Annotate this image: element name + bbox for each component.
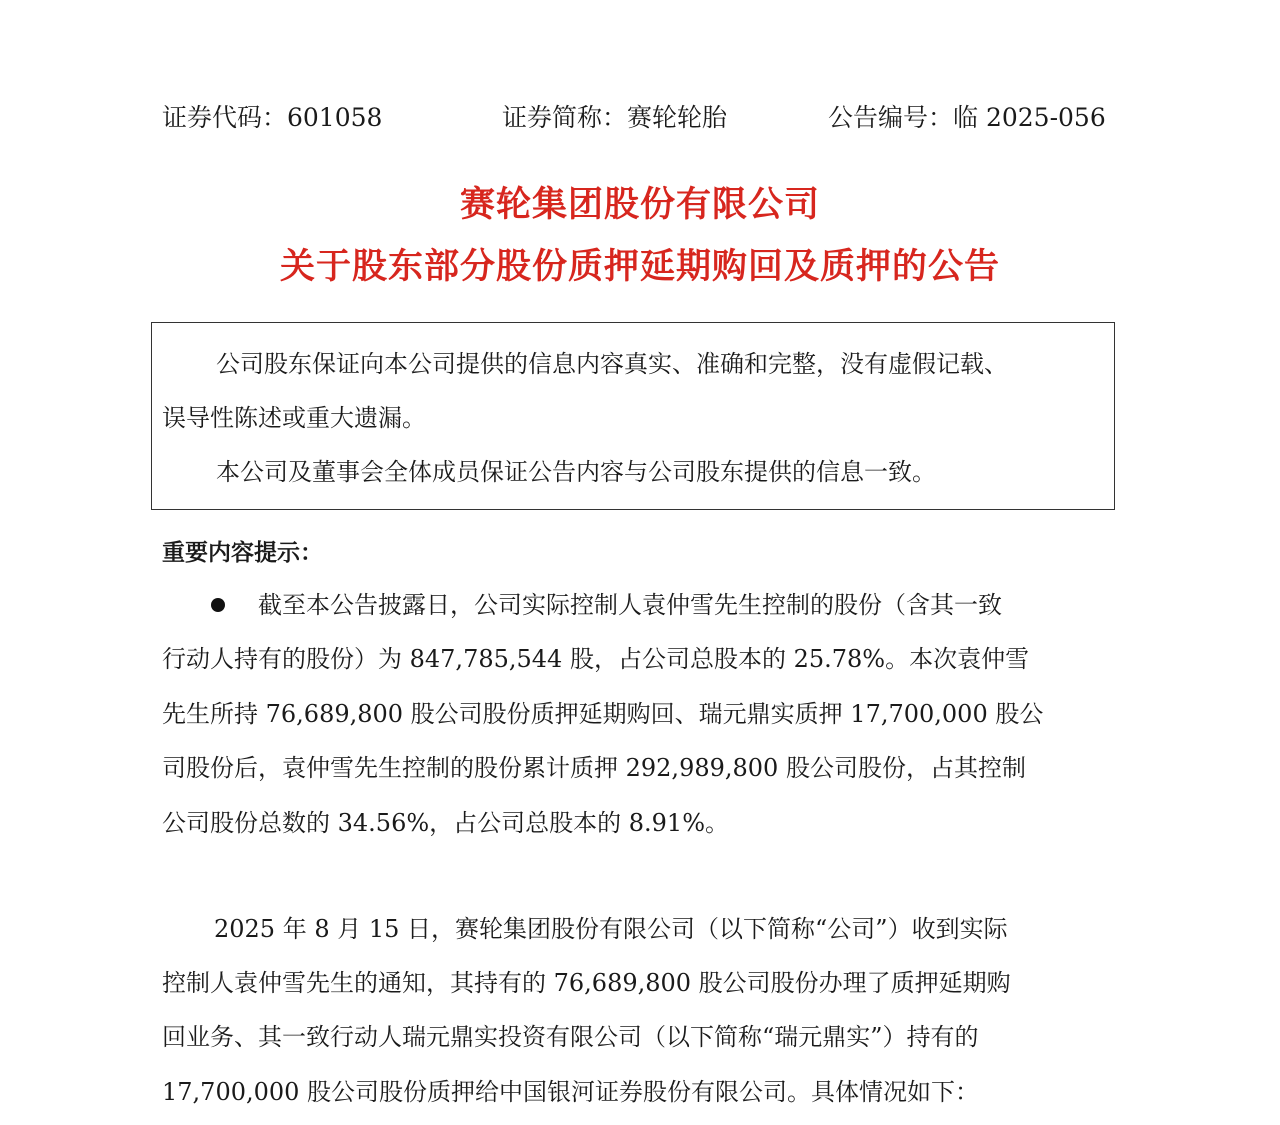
- paragraph-line: 2025 年 8 月 15 日，赛轮集团股份有限公司（以下简称“公司”）收到实际: [214, 912, 1008, 946]
- bullet-line: 行动人持有的股份）为 847,785,544 股，占公司总股本的 25.78%。…: [162, 642, 1029, 676]
- bullet-line: 截至本公告披露日，公司实际控制人袁仲雪先生控制的股份（含其一致: [258, 588, 1002, 622]
- bullet-line: 先生所持 76,689,800 股公司股份质押延期购回、瑞元鼎实质押 17,70…: [162, 697, 1043, 731]
- security-name: 证券简称：赛轮轮胎: [502, 100, 727, 136]
- document-header: 证券代码：601058 证券简称：赛轮轮胎 公告编号：临 2025-056: [162, 100, 1122, 136]
- security-code: 证券代码：601058: [162, 100, 382, 136]
- disclaimer-line: 误导性陈述或重大遗漏。: [162, 401, 426, 435]
- disclaimer-line: 本公司及董事会全体成员保证公告内容与公司股东提供的信息一致。: [216, 455, 936, 489]
- paragraph-line: 控制人袁仲雪先生的通知，其持有的 76,689,800 股公司股份办理了质押延期…: [162, 966, 1011, 1000]
- disclaimer-line: 公司股东保证向本公司提供的信息内容真实、准确和完整，没有虚假记载、: [216, 347, 1008, 381]
- company-title: 赛轮集团股份有限公司: [0, 180, 1280, 230]
- announcement-title: 关于股东部分股份质押延期购回及质押的公告: [0, 242, 1280, 292]
- announcement-number: 公告编号：临 2025-056: [828, 100, 1106, 136]
- important-notes-heading: 重要内容提示：: [162, 536, 323, 570]
- paragraph-line: 回业务、其一致行动人瑞元鼎实投资有限公司（以下简称“瑞元鼎实”）持有的: [162, 1020, 979, 1054]
- bullet-line: 公司股份总数的 34.56%，占公司总股本的 8.91%。: [162, 806, 729, 840]
- bullet-line: 司股份后，袁仲雪先生控制的股份累计质押 292,989,800 股公司股份，占其…: [162, 751, 1026, 785]
- bullet-icon: [211, 598, 225, 612]
- announcement-page: 证券代码：601058 证券简称：赛轮轮胎 公告编号：临 2025-056 赛轮…: [0, 0, 1280, 1125]
- disclaimer-box: 公司股东保证向本公司提供的信息内容真实、准确和完整，没有虚假记载、 误导性陈述或…: [151, 322, 1115, 510]
- paragraph-line: 17,700,000 股公司股份质押给中国银河证券股份有限公司。具体情况如下：: [162, 1075, 979, 1109]
